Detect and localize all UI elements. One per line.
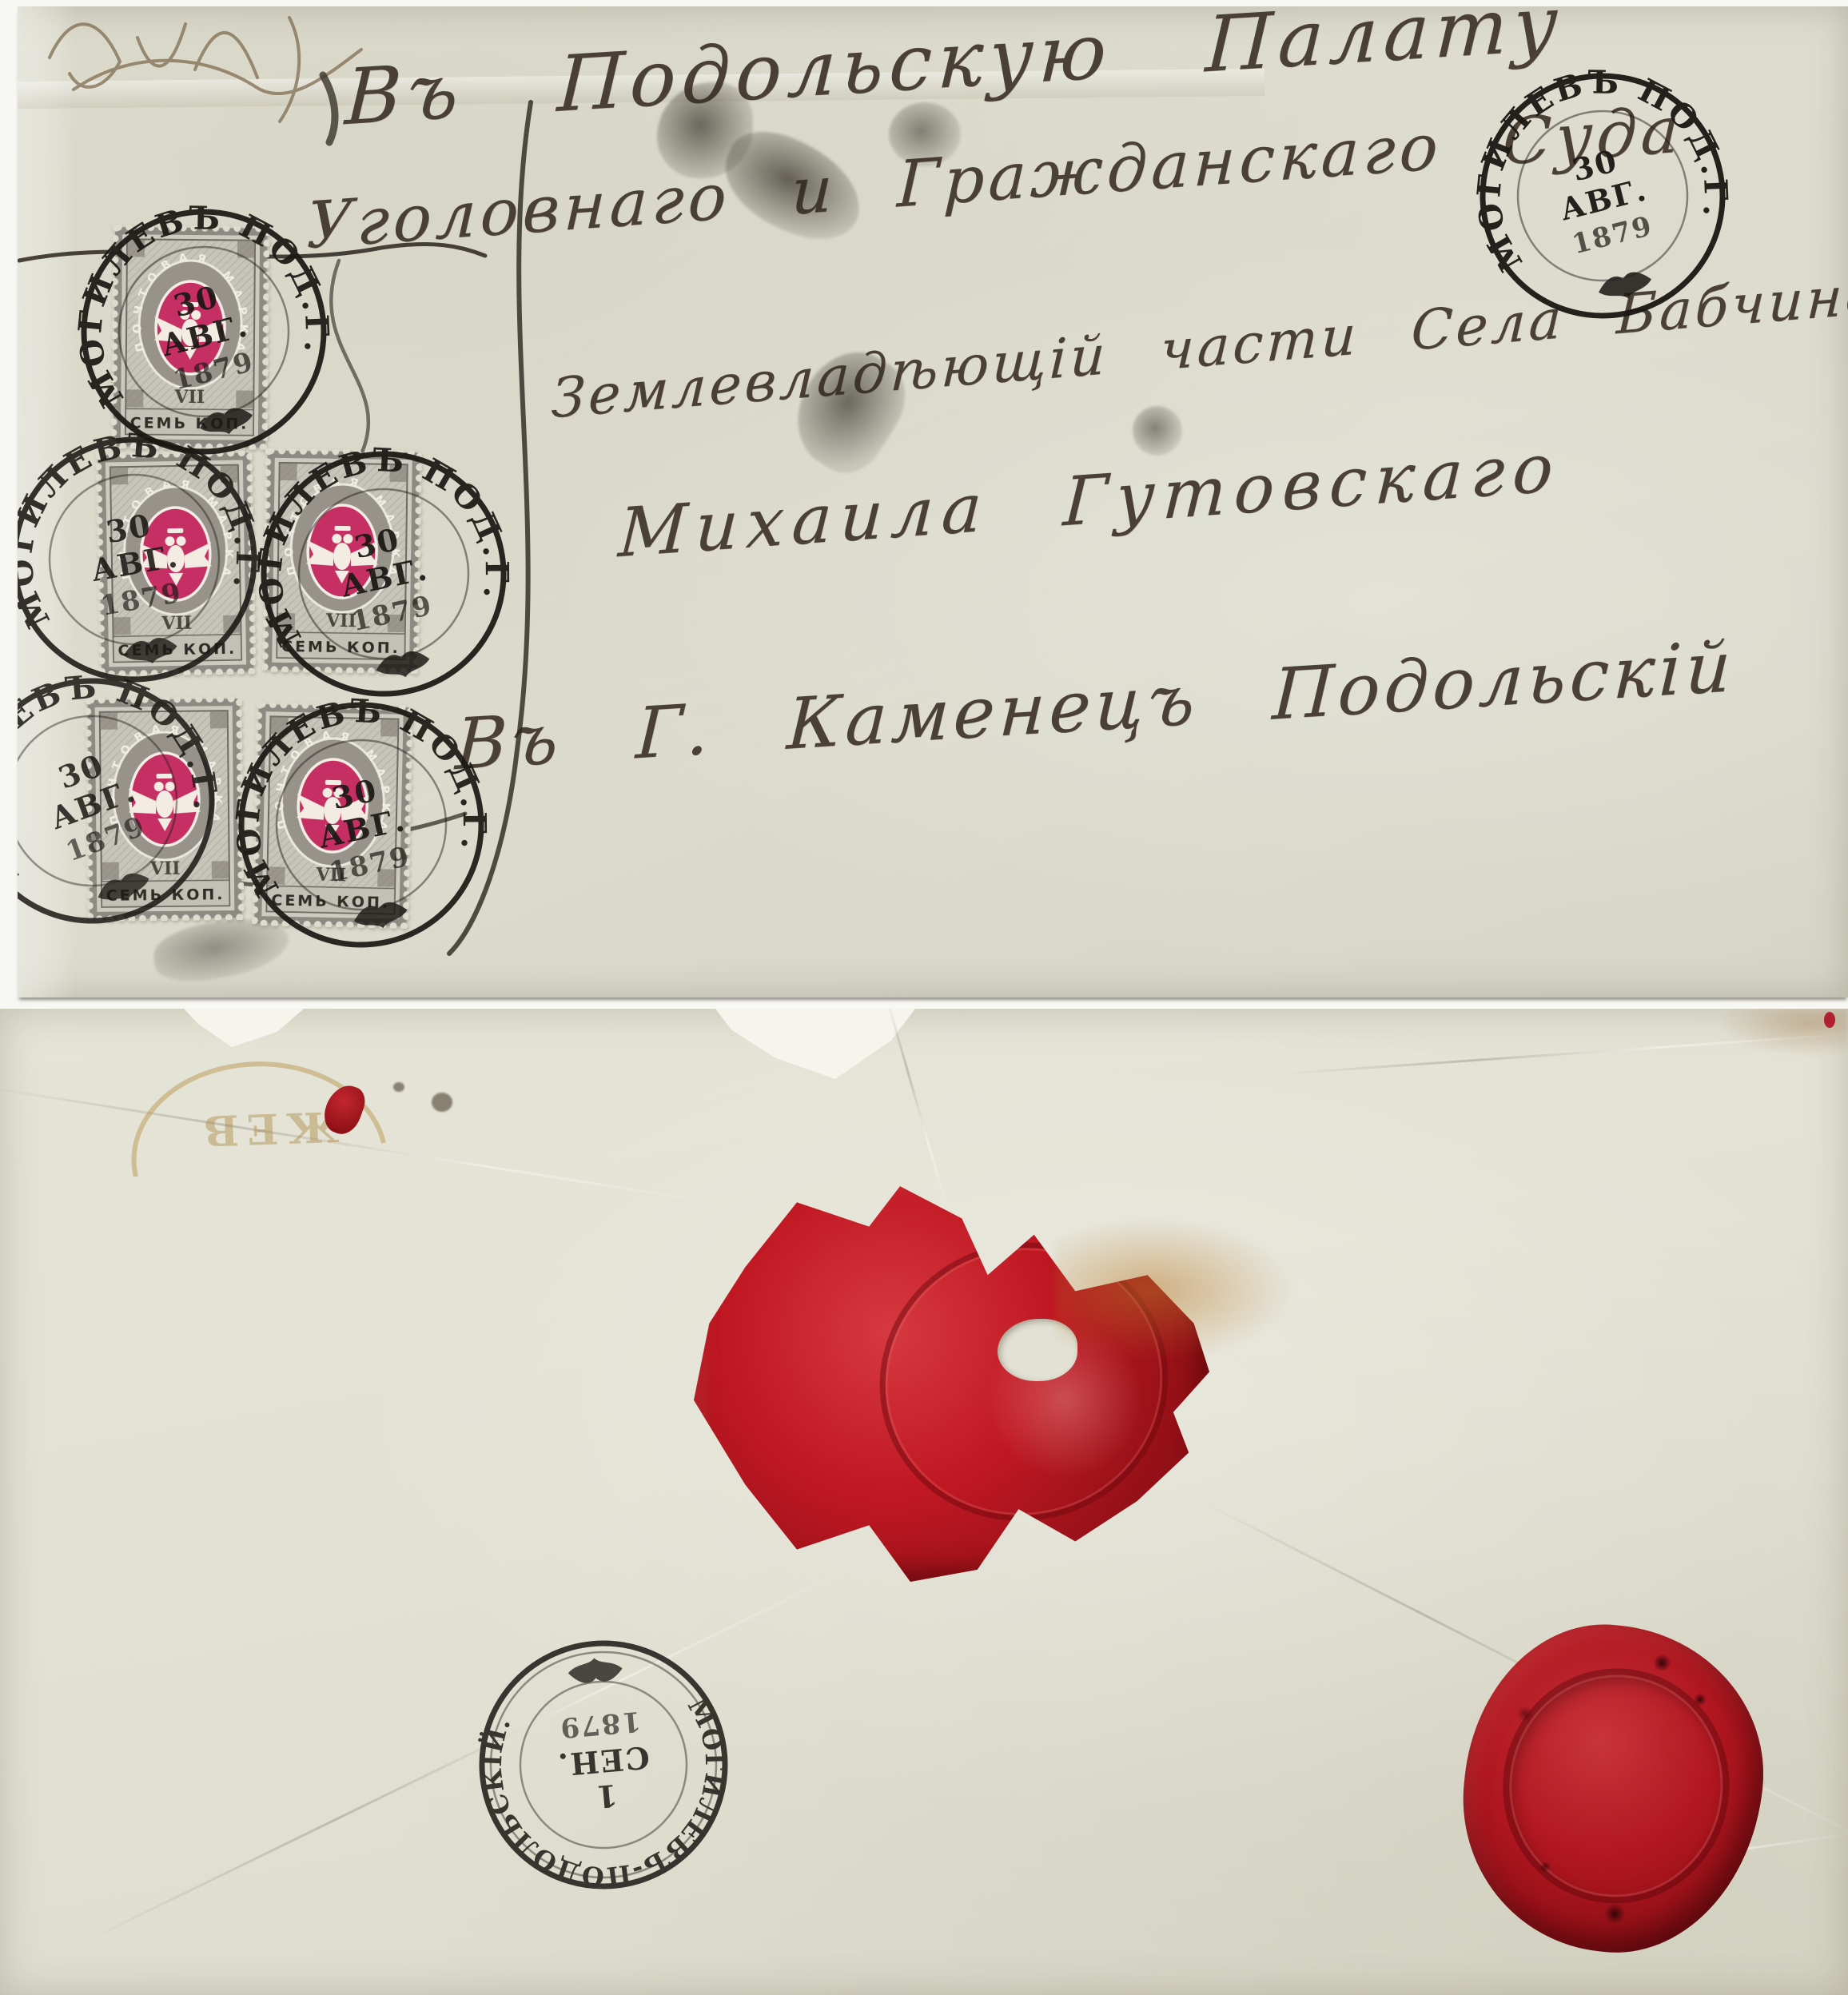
torn-paper-nick: [715, 1009, 915, 1079]
wax-seal-round: [1448, 1611, 1778, 1967]
red-speck: [1824, 1012, 1835, 1028]
scorch-stain: [1055, 1218, 1295, 1362]
postmark-dispatch: МОГИЛЕВЪ ПОД.Г. 30 АВГ. 1879: [217, 681, 505, 969]
dark-speck: [432, 1093, 452, 1112]
envelope-front: Въ Подольскую Палату Уголовнаго и Гражда…: [18, 6, 1848, 997]
postmark-month: СЕН.: [556, 1739, 651, 1783]
postmark-year: 1879: [558, 1705, 643, 1744]
eagle-ornament-icon: [374, 647, 432, 683]
postmark-dispatch: МОГИЛЕВЪ ПОД.Г. 30 АВГ. 1879: [1459, 52, 1746, 340]
address-line-5: Въ Г. Каменецъ Подольскій: [454, 625, 1737, 786]
faint-postmark-trace: ЖЕВ: [120, 1041, 408, 1209]
eagle-ornament-icon: [567, 1656, 623, 1685]
eagle-ornament-icon: [1596, 268, 1655, 305]
ink-blot: [889, 102, 961, 166]
postmark-receive: МОГИЛЕВЪ-ПОДОЛЬСКІЙ. 1 СЕН. 1879: [452, 1613, 755, 1917]
postal-cover-scan: Въ Подольскую Палату Уголовнаго и Гражда…: [0, 0, 1848, 1995]
envelope-back: ЖЕВ МОГИЛЕВЪ-ПОДОЛЬСКІЙ. 1 СЕН. 1879: [0, 1009, 1848, 1995]
torn-paper-nick: [184, 1009, 304, 1047]
postmark-dispatch: МОГИЛЕВЪ ПОД.Г. 30 АВГ. 1879: [18, 657, 236, 945]
dark-speck: [393, 1082, 404, 1092]
postmark-day: 1: [593, 1778, 619, 1815]
postmark-dispatch: МОГИЛЕВЪ ПОД.Г. 30 АВГ. 1879: [240, 430, 528, 718]
faint-trace-text: ЖЕВ: [195, 1101, 342, 1155]
flap-crease: [886, 1009, 950, 1213]
ink-blot: [1133, 406, 1182, 456]
eagle-ornament-icon: [352, 898, 410, 934]
address-line-4: Михаила Гутовскаго: [616, 428, 1563, 572]
eagle-ornament-icon: [94, 868, 153, 910]
flap-crease: [0, 1085, 731, 1207]
wax-fragment: [319, 1080, 369, 1139]
